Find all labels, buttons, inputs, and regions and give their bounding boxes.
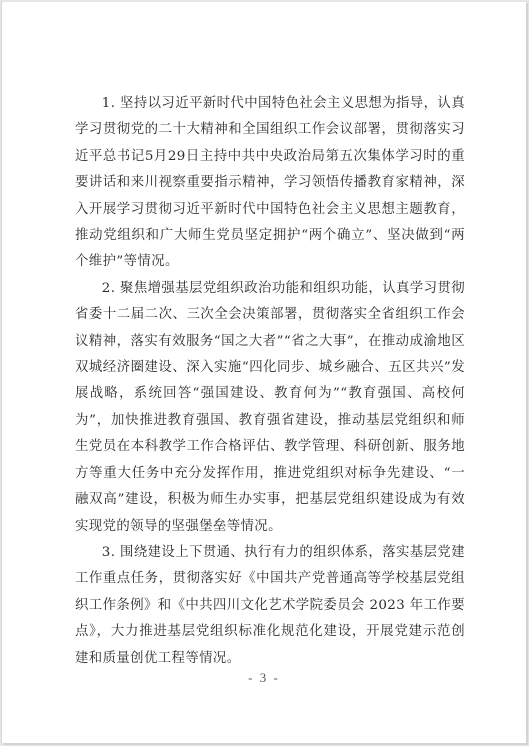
paragraph-3: 3. 围绕建设上下贯通、执行有力的组织体系，落实基层党建工作重点任务，贯彻落实好… bbox=[75, 540, 465, 672]
document-body: 1. 坚持以习近平新时代中国特色社会主义思想为指导，认真学习贯彻党的二十大精神和… bbox=[75, 91, 465, 672]
document-page: 1. 坚持以习近平新时代中国特色社会主义思想为指导，认真学习贯彻党的二十大精神和… bbox=[1, 1, 526, 743]
paragraph-1: 1. 坚持以习近平新时代中国特色社会主义思想为指导，认真学习贯彻党的二十大精神和… bbox=[75, 91, 465, 276]
page-number: - 3 - bbox=[2, 670, 526, 686]
paragraph-2: 2. 聚焦增强基层党组织政治功能和组织功能，认真学习贯彻省委十二届二次、三次全会… bbox=[75, 276, 465, 540]
